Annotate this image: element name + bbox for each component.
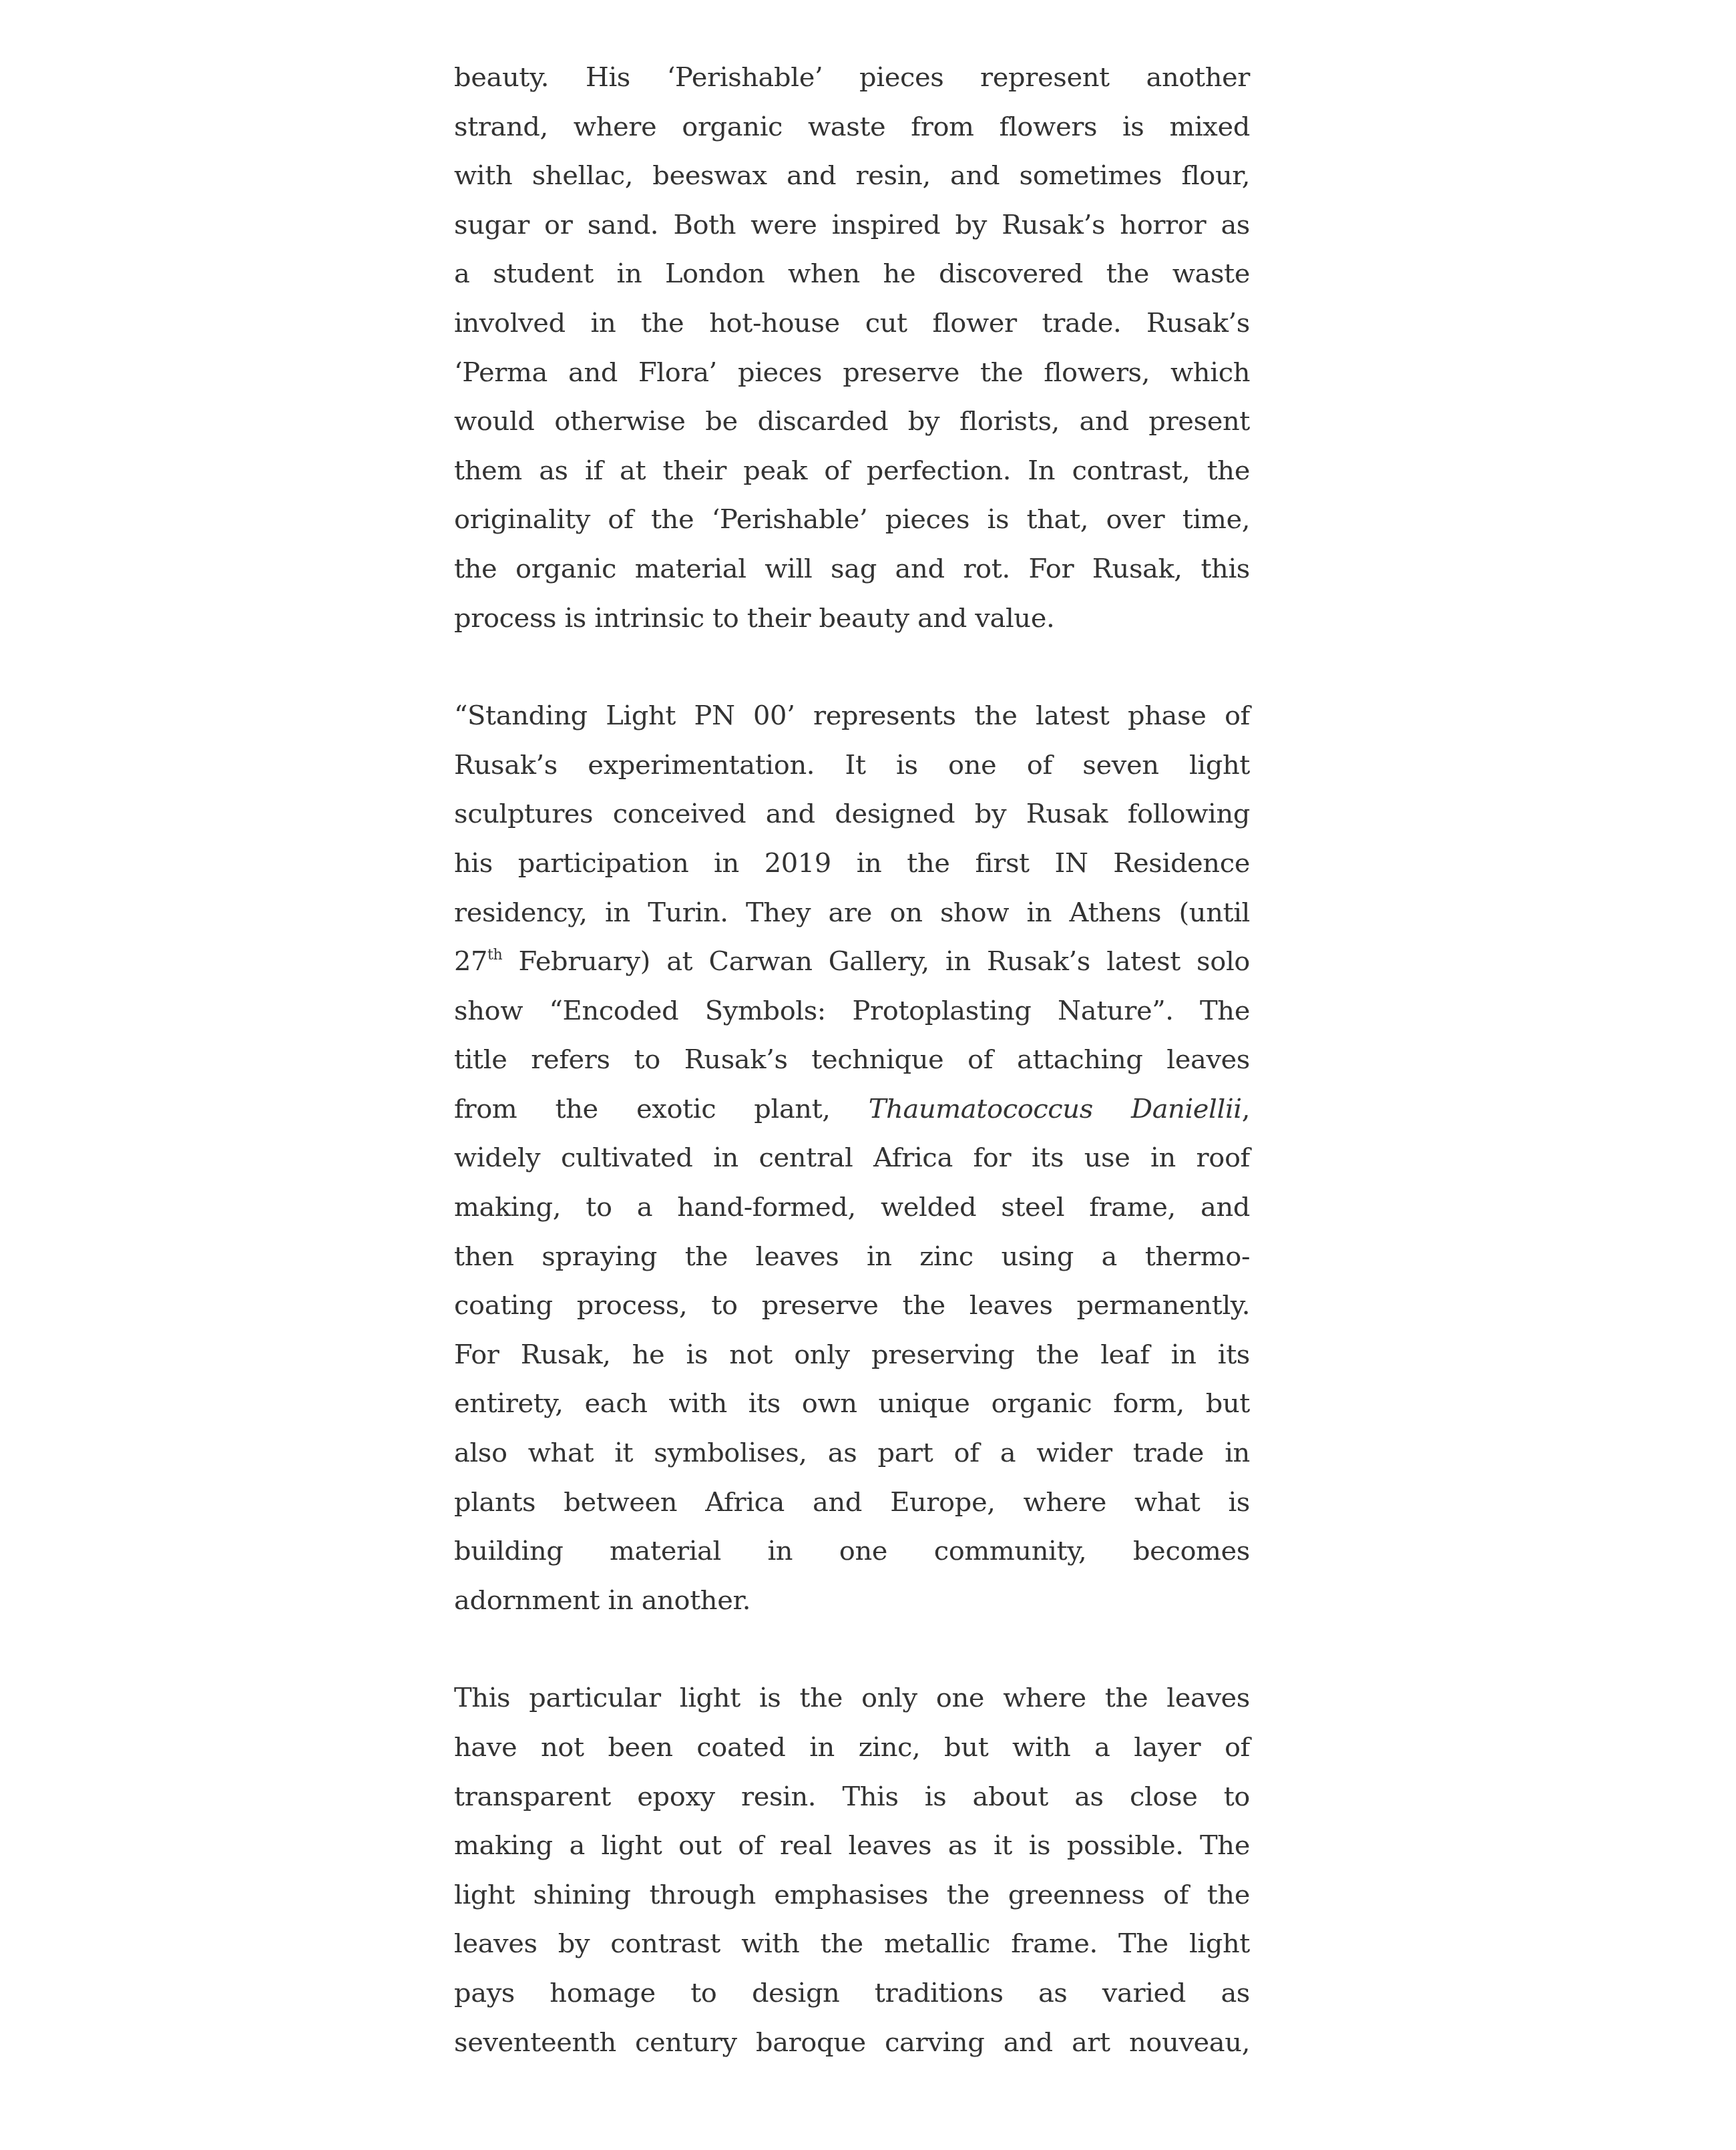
text-segment: show “Encoded Symbols: Protoplasting Nat… — [454, 996, 1250, 1026]
text-segment: , — [1242, 1094, 1250, 1124]
article-paragraph: beauty. His ‘Perishable’ pieces represen… — [454, 53, 1250, 643]
text-segment: the organic material will sag and rot. F… — [454, 554, 1250, 584]
text-line: building material in one community, beco… — [454, 1527, 1250, 1576]
text-segment: This particular light is the only one wh… — [454, 1683, 1250, 1713]
text-segment: a student in London when he discovered t… — [454, 258, 1250, 289]
text-segment: would otherwise be discarded by florists… — [454, 406, 1250, 437]
article-paragraph: “Standing Light PN 00’ represents the la… — [454, 692, 1250, 1625]
text-line: leaves by contrast with the metallic fra… — [454, 1920, 1250, 1969]
text-line: seventeenth century baroque carving and … — [454, 2018, 1250, 2068]
text-segment: building material in one community, beco… — [454, 1536, 1250, 1566]
text-segment: residency, in Turin. They are on show in… — [454, 897, 1250, 928]
text-segment: from the exotic plant, — [454, 1094, 869, 1124]
text-segment: strand, where organic waste from flowers… — [454, 112, 1250, 142]
text-line: transparent epoxy resin. This is about a… — [454, 1773, 1250, 1822]
text-segment: Rusak’s experimentation. It is one of se… — [454, 750, 1250, 781]
text-line: a student in London when he discovered t… — [454, 250, 1250, 299]
text-line: involved in the hot-house cut flower tra… — [454, 299, 1250, 349]
text-line: also what it symbolises, as part of a wi… — [454, 1429, 1250, 1478]
text-segment: sculptures conceived and designed by Rus… — [454, 799, 1250, 829]
text-line: from the exotic plant, Thaumatococcus Da… — [454, 1085, 1250, 1134]
text-segment: involved in the hot-house cut flower tra… — [454, 308, 1250, 339]
text-segment: entirety, each with its own unique organ… — [454, 1388, 1250, 1419]
text-line: For Rusak, he is not only preserving the… — [454, 1331, 1250, 1380]
text-line: them as if at their peak of perfection. … — [454, 447, 1250, 496]
text-segment: plants between Africa and Europe, where … — [454, 1487, 1250, 1518]
text-line: his participation in 2019 in the first I… — [454, 839, 1250, 889]
italic-species-name: Thaumatococcus Daniellii — [869, 1094, 1242, 1124]
text-line: making a light out of real leaves as it … — [454, 1821, 1250, 1871]
text-segment: light shining through emphasises the gre… — [454, 1880, 1250, 1910]
text-line: residency, in Turin. They are on show in… — [454, 889, 1250, 938]
article-body: beauty. His ‘Perishable’ pieces represen… — [454, 53, 1250, 2116]
text-line: sugar or sand. Both were inspired by Rus… — [454, 201, 1250, 250]
text-line: beauty. His ‘Perishable’ pieces represen… — [454, 53, 1250, 103]
text-line: “Standing Light PN 00’ represents the la… — [454, 692, 1250, 741]
text-segment: ‘Perma and Flora’ pieces preserve the fl… — [454, 357, 1250, 388]
text-line: sculptures conceived and designed by Rus… — [454, 790, 1250, 839]
text-line: the organic material will sag and rot. F… — [454, 545, 1250, 594]
ordinal-suffix: th — [487, 947, 502, 963]
text-segment: adornment in another. — [454, 1585, 750, 1616]
text-segment: originality of the ‘Perishable’ pieces i… — [454, 504, 1250, 535]
article-paragraph: This particular light is the only one wh… — [454, 1674, 1250, 2067]
text-segment: have not been coated in zinc, but with a… — [454, 1732, 1250, 1763]
text-line: plants between Africa and Europe, where … — [454, 1478, 1250, 1528]
text-line: with shellac, beeswax and resin, and som… — [454, 152, 1250, 201]
text-line: originality of the ‘Perishable’ pieces i… — [454, 495, 1250, 545]
text-line: 27th February) at Carwan Gallery, in Rus… — [454, 937, 1250, 987]
text-segment: coating process, to preserve the leaves … — [454, 1290, 1250, 1321]
text-line: pays homage to design traditions as vari… — [454, 1969, 1250, 2018]
text-segment: with shellac, beeswax and resin, and som… — [454, 160, 1250, 191]
text-line: have not been coated in zinc, but with a… — [454, 1723, 1250, 1773]
text-segment: “Standing Light PN 00’ represents the la… — [454, 700, 1250, 731]
text-line: title refers to Rusak’s technique of att… — [454, 1036, 1250, 1085]
text-segment: widely cultivated in central Africa for … — [454, 1142, 1250, 1173]
text-segment: title refers to Rusak’s technique of att… — [454, 1044, 1250, 1075]
text-segment: making a light out of real leaves as it … — [454, 1830, 1250, 1861]
text-segment: his participation in 2019 in the first I… — [454, 848, 1250, 879]
text-segment: then spraying the leaves in zinc using a… — [454, 1241, 1250, 1272]
text-line: Rusak’s experimentation. It is one of se… — [454, 741, 1250, 791]
text-segment: For Rusak, he is not only preserving the… — [454, 1339, 1250, 1370]
text-line: adornment in another. — [454, 1576, 1250, 1626]
text-segment: pays homage to design traditions as vari… — [454, 1978, 1250, 2008]
text-line: widely cultivated in central Africa for … — [454, 1134, 1250, 1183]
text-line: ‘Perma and Flora’ pieces preserve the fl… — [454, 349, 1250, 398]
text-line: show “Encoded Symbols: Protoplasting Nat… — [454, 987, 1250, 1036]
text-segment: leaves by contrast with the metallic fra… — [454, 1928, 1250, 1959]
text-segment: transparent epoxy resin. This is about a… — [454, 1781, 1250, 1812]
text-segment: also what it symbolises, as part of a wi… — [454, 1438, 1250, 1468]
text-line: making, to a hand-formed, welded steel f… — [454, 1183, 1250, 1233]
text-segment: seventeenth century baroque carving and … — [454, 2027, 1250, 2058]
text-line: would otherwise be discarded by florists… — [454, 397, 1250, 447]
text-segment: them as if at their peak of perfection. … — [454, 455, 1250, 486]
text-segment: process is intrinsic to their beauty and… — [454, 603, 1054, 634]
text-line: This particular light is the only one wh… — [454, 1674, 1250, 1723]
text-line: process is intrinsic to their beauty and… — [454, 594, 1250, 644]
text-segment: February) at Carwan Gallery, in Rusak’s … — [502, 946, 1250, 977]
text-segment: 27 — [454, 946, 487, 977]
text-line: entirety, each with its own unique organ… — [454, 1379, 1250, 1429]
text-segment: beauty. His ‘Perishable’ pieces represen… — [454, 62, 1250, 93]
text-segment: sugar or sand. Both were inspired by Rus… — [454, 210, 1250, 240]
text-segment: making, to a hand-formed, welded steel f… — [454, 1192, 1250, 1223]
text-line: light shining through emphasises the gre… — [454, 1871, 1250, 1920]
text-line: coating process, to preserve the leaves … — [454, 1281, 1250, 1331]
text-line: strand, where organic waste from flowers… — [454, 103, 1250, 152]
text-line: then spraying the leaves in zinc using a… — [454, 1233, 1250, 1282]
